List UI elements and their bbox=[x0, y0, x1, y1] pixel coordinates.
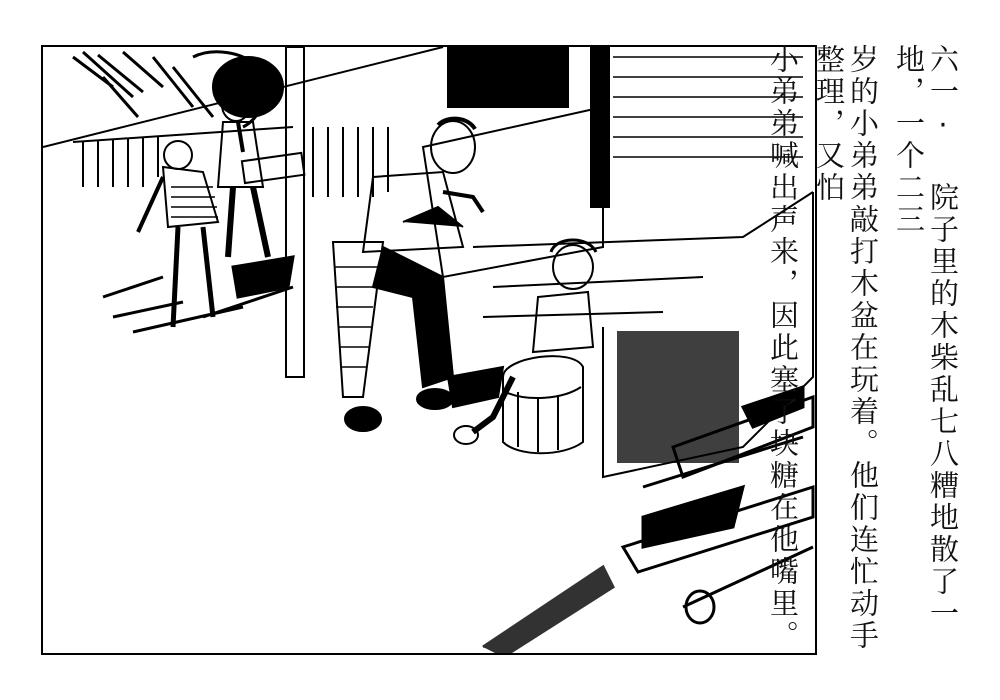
caption-column-3: 小弟弟喊出声来，因此塞了块糖在他嘴里。 bbox=[766, 44, 800, 664]
comic-panel bbox=[41, 45, 817, 655]
woodpile-left bbox=[103, 257, 293, 332]
boy-bending bbox=[138, 141, 218, 327]
caption-text: 六一· 院子里的木柴乱七八糟地散了一地，一个二三 岁的小弟弟敲打木盆在玩着。他们… bbox=[766, 44, 960, 664]
caption-column-1: 六一· 院子里的木柴乱七八糟地散了一地，一个二三 bbox=[892, 44, 960, 664]
caption-column-2: 岁的小弟弟敲打木盆在玩着。他们连忙动手整理，又怕 bbox=[812, 44, 880, 664]
illustration bbox=[43, 47, 815, 653]
toddler-on-tub bbox=[454, 240, 596, 453]
